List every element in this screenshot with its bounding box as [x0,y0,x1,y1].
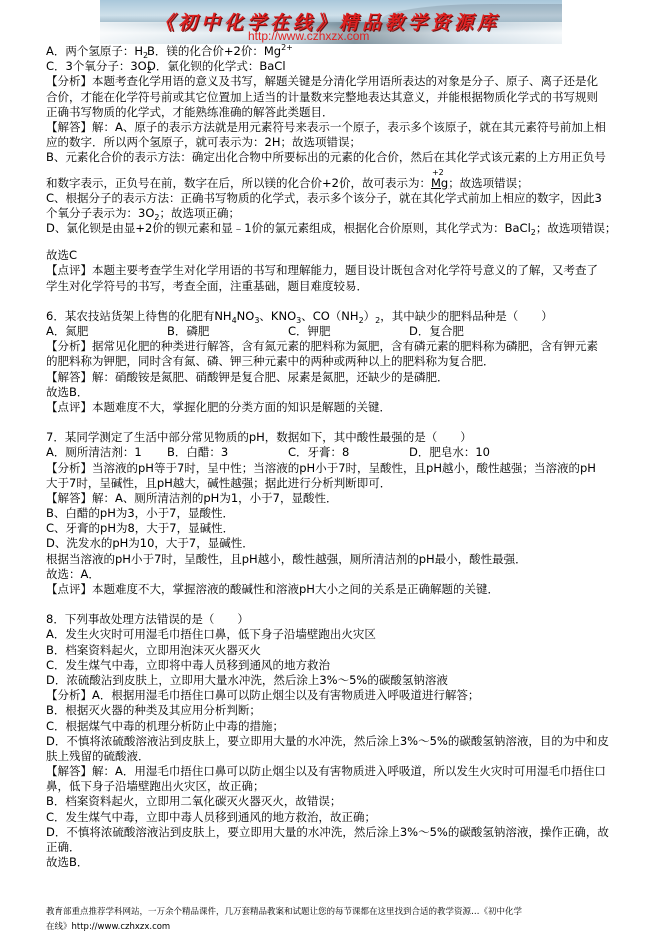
banner-url[interactable]: http://www.czhxzx.com [248,29,369,43]
comment-line: 学生对化学符号的书写，考查全面，注重基础，题目难度较易． [46,279,626,294]
option-a: A．两个氢原子：H2 [46,44,147,59]
option-b: B．白醋：3 [167,445,288,460]
comment-line: 【点评】本题难度不大，掌握化肥的分类方面的知识是解题的关键． [46,400,626,415]
answer-line: D、氯化钡是由显+2价的钡元素和显﹣1价的氯元素组成，根据化合价原则，其化学式为… [46,221,626,236]
option-a: A．发生火灾时可用湿毛巾捂住口鼻，低下身子沿墙壁跑出火灾区 [46,627,626,642]
option-b: B．磷肥 [167,324,288,339]
analysis-line: 大于7时，呈碱性，且pH越大，碱性越强；据此进行分析判断即可． [46,476,626,491]
site-banner: 《初中化学在线》精品教学资源库 http://www.czhxzx.com [100,0,562,44]
comment: 【点评】本题主要考查学生对化学用语的书写和理解能力，题目设计既包含对化学符号意义… [46,263,626,293]
analysis-line: C．根据煤气中毒的机理分析防止中毒的措施； [46,719,626,734]
answer-line: 鼻，低下身子沿墙壁跑出火灾区，故正确； [46,779,626,794]
analysis-line: 合价，才能在化学符号前或其它位置加上适当的计量数来完整地表达其意义，并能根据物质… [46,90,626,105]
comment-line: 【点评】本题主要考查学生对化学用语的书写和理解能力，题目设计既包含对化学符号意义… [46,263,626,278]
choice: 故选B． [46,385,626,400]
analysis-line: 肤上残留的硫酸液． [46,749,626,764]
analysis-line: 【分析】本题考查化学用语的意义及书写，解题关键是分清化学用语所表达的对象是分子、… [46,74,626,89]
answer-line: 根据当溶液的pH小于7时，呈酸性，且pH越小，酸性越强，厕所清洁剂的pH最小，酸… [46,552,626,567]
question-5: A．两个氢原子：H2 B．镁的化合价+2价：Mg2+ C．3个氧分子：3O2 D… [46,44,626,294]
option-d: D．氯化钡的化学式：BaCl [147,59,286,74]
answer-line: 和数字表示，正负号在前，数字在后，所以镁的化合价+2价，故可表示为：+2Mg；故… [46,176,626,191]
answer: 【解答】解：A、原子的表示方法就是用元素符号来表示一个原子，表示多个该原子，就在… [46,120,626,236]
answer-line: 【解答】解：A．用湿毛巾捂住口鼻可以防止烟尘以及有害物质进入呼吸道，所以发生火灾… [46,764,626,779]
option-d: D．浓硫酸沾到皮肤上，立即用大量水冲洗，然后涂上3%～5%的碳酸氢钠溶液 [46,673,626,688]
option-d: D．肥皂水：10 [409,445,490,460]
answer-line: B、元素化合价的表示方法：确定出化合物中所要标出的元素的化合价，然后在其化学式该… [46,150,626,165]
answer-line: D．不慎将浓硫酸溶液沾到皮肤上，要立即用大量的水冲洗，然后涂上3%～5%的碳酸氢… [46,825,626,840]
answer-line: 个氧分子表示为：3O2；故选项正确； [46,206,626,221]
comment-line: 【点评】本题难度不大，掌握溶液的酸碱性和溶液pH大小之间的关系是正确解题的关键． [46,582,626,597]
document-body: A．两个氢原子：H2 B．镁的化合价+2价：Mg2+ C．3个氧分子：3O2 D… [46,44,626,870]
answer-line: C．发生煤气中毒，立即中毒人员移到通风的地方救治，故正确； [46,810,626,825]
analysis-line: 【分析】A．根据用湿毛巾捂住口鼻可以防止烟尘以及有害物质进入呼吸道进行解答； [46,688,626,703]
choice: 故选C [46,248,626,263]
footer-link[interactable]: 在线》http://www.czhxzx.com [46,920,636,935]
answer-line: B、白醋的pH为3，小于7，显酸性． [46,506,626,521]
question-7: 7．某同学测定了生活中部分常见物质的pH，数据如下，其中酸性最强的是（ ） A．… [46,430,626,597]
answer-line: C、根据分子的表示方法：正确书写物质的化学式，表示多个该分子，就在其化学式前加上… [46,191,626,206]
answer-line: B．档案资料起火，立即用二氧化碳灭火器灭火，故错误； [46,794,626,809]
answer-line: D、洗发水的pH为10，大于7，显碱性． [46,536,626,551]
page-footer: 教育部重点推荐学科网站，一万余个精品课件，几万套精品教案和试题让您的每节课都在这… [46,905,636,935]
option-d: D．复合肥 [409,324,464,339]
option-b: B．档案资料起火，立即用泡沫灭火器灭火 [46,643,626,658]
valence-notation: +2Mg [431,176,448,191]
question-6: 6．某农技站货架上待售的化肥有NH4NO3、KNO3、CO（NH2）2，其中缺少… [46,309,626,415]
options-row-cd: C．3个氧分子：3O2 D．氯化钡的化学式：BaCl [46,59,626,74]
option-c: C．3个氧分子：3O2 [46,59,147,74]
question-stem: 8．下列事故处理方法错误的是（ ） [46,612,626,627]
option-a: A．氮肥 [46,324,167,339]
option-c: C．钾肥 [288,324,409,339]
analysis-line: 【分析】当溶液的pH等于7时，呈中性；当溶液的pH小于7时，呈酸性，且pH越小，… [46,461,626,476]
analysis-line: 【分析】据常见化肥的种类进行解答，含有氮元素的肥料称为氮肥，含有磷元素的肥料称为… [46,339,626,354]
choice: 故选B． [46,855,626,870]
option-c: C．发生煤气中毒，立即将中毒人员移到通风的地方救治 [46,658,626,673]
answer-line: 应的数字．所以两个氢原子，就可表示为：2H；故选项错误； [46,135,626,150]
answer-line: 【解答】解：A、厕所清洁剂的pH为1，小于7，显酸性． [46,491,626,506]
analysis-line: D．不慎将浓硫酸溶液沾到皮肤上，要立即用大量的水冲洗，然后涂上3%～5%的碳酸氢… [46,734,626,749]
answer-line: C、牙膏的pH为8，大于7，显碱性． [46,521,626,536]
answer-line: 【解答】解：硝酸铵是氮肥、硝酸钾是复合肥、尿素是氮肥，还缺少的是磷肥． [46,370,626,385]
analysis-line: B．根据灭火器的种类及其应用分析判断； [46,703,626,718]
question-stem: 6．某农技站货架上待售的化肥有NH4NO3、KNO3、CO（NH2）2，其中缺少… [46,309,626,324]
choice: 故选：A． [46,567,626,582]
question-stem: 7．某同学测定了生活中部分常见物质的pH，数据如下，其中酸性最强的是（ ） [46,430,626,445]
options-row-ab: A．两个氢原子：H2 B．镁的化合价+2价：Mg2+ [46,44,626,59]
analysis-line: 正确书写物质的化学式，才能熟练准确的解答此类题目． [46,105,626,120]
answer-line: 【解答】解：A、原子的表示方法就是用元素符号来表示一个原子，表示多个该原子，就在… [46,120,626,135]
question-8: 8．下列事故处理方法错误的是（ ） A．发生火灾时可用湿毛巾捂住口鼻，低下身子沿… [46,612,626,870]
option-b: B．镁的化合价+2价：Mg2+ [147,44,293,59]
analysis: 【分析】本题考查化学用语的意义及书写，解题关键是分清化学用语所表达的对象是分子、… [46,74,626,120]
analysis-line: 的肥料称为钾肥，同时含有氮、磷、钾三种元素中的两种或两种以上的肥料称为复合肥． [46,354,626,369]
answer-line: 正确． [46,840,626,855]
options-row: A．氮肥 B．磷肥 C．钾肥 D．复合肥 [46,324,626,339]
footer-text: 教育部重点推荐学科网站，一万余个精品课件，几万套精品教案和试题让您的每节课都在这… [46,905,636,920]
option-a: A．厕所清洁剂：1 [46,445,167,460]
options-row: A．厕所清洁剂：1 B．白醋：3 C．牙膏：8 D．肥皂水：10 [46,445,626,460]
option-c: C．牙膏：8 [288,445,409,460]
